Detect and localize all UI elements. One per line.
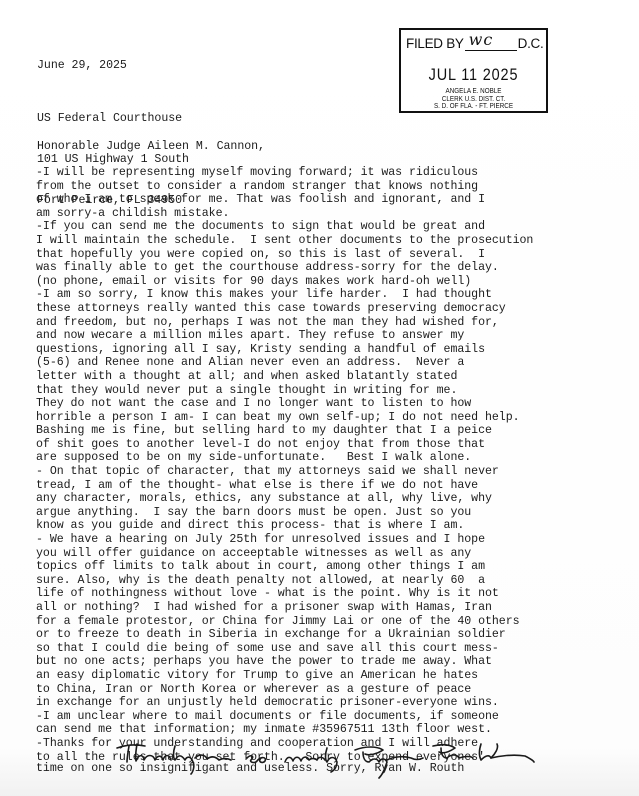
body-line: you will offer guidance on acceeptable w… xyxy=(36,547,533,561)
clerk-info: ANGELA E. NOBLE CLERK U.S. DIST. CT. S. … xyxy=(408,88,539,111)
filed-by-label: FILED BY xyxy=(406,36,464,51)
body-line: and freedom, but no, perhaps I was not t… xyxy=(36,316,533,330)
body-line: argue anything. I say the barn doors mus… xyxy=(36,506,533,520)
body-line: (no phone, email or visits for 90 days m… xyxy=(36,275,533,289)
filed-by-suffix: D.C. xyxy=(518,36,544,51)
body-line: to China, Iran or North Korea or whereve… xyxy=(36,683,533,697)
body-line: or to freeze to death in Siberia in exch… xyxy=(36,628,533,642)
body-line: topics off limits to talk about in court… xyxy=(36,560,533,574)
body-line: life of nothingness without love - what … xyxy=(36,587,533,601)
body-line: these attorneys really wanted this case … xyxy=(36,302,533,316)
body-line: am sorry-a childish mistake. xyxy=(36,207,533,221)
body-line: but no one acts; perhaps you have the po… xyxy=(36,655,533,669)
body-line: so that I could die being of some use an… xyxy=(36,642,533,656)
body-line: letter with a thought at all; and when a… xyxy=(36,370,533,384)
handwritten-signature xyxy=(115,740,535,780)
body-line: I will maintain the schedule. I sent oth… xyxy=(36,234,533,248)
body-line: -I will be representing myself moving fo… xyxy=(36,166,533,180)
body-line: are supposed to be on my side-unfortunat… xyxy=(36,451,533,465)
body-line: horrible a person I am- I can beat my ow… xyxy=(36,411,533,425)
body-line: -If you can send me the documents to sig… xyxy=(36,220,533,234)
clerk-line: ANGELA E. NOBLE xyxy=(408,88,539,96)
body-line: any character, morals, ethics, any subst… xyxy=(36,492,533,506)
body-line: -I am unclear where to mail documents or… xyxy=(36,710,533,724)
body-line: - We have a hearing on July 25th for unr… xyxy=(36,533,533,547)
body-line: that hopefully you were copied on, so th… xyxy=(36,248,533,262)
body-line: of who I am to speak for me. That was fo… xyxy=(36,193,533,207)
body-line: - On that topic of character, that my at… xyxy=(36,465,533,479)
body-line: sure. Also, why is the death penalty not… xyxy=(36,574,533,588)
salutation: Honorable Judge Aileen M. Cannon, xyxy=(37,140,265,154)
body-line: for a female protestor, or China for Jim… xyxy=(36,615,533,629)
body-line: an easy diplomatic vitory for Trump to g… xyxy=(36,669,533,683)
body-line: can send me that information; my inmate … xyxy=(36,723,533,737)
body-line: and now wecare a million miles apart. Th… xyxy=(36,329,533,343)
clerk-line: CLERK U.S. DIST. CT. xyxy=(408,96,539,104)
filed-by-initials: wc xyxy=(469,30,494,49)
body-line: know as you guide and direct this proces… xyxy=(36,519,533,533)
body-line: was finally able to get the courthouse a… xyxy=(36,261,533,275)
letter-date: June 29, 2025 xyxy=(37,59,127,73)
body-line: tread, I am of the thought- what else is… xyxy=(36,479,533,493)
letter-page: June 29, 2025 US Federal Courthouse 101 … xyxy=(0,0,639,796)
clerk-line: S. D. OF FLA. - FT. PIERCE xyxy=(408,103,539,111)
body-line: (5-6) and Renee none and Alian never eve… xyxy=(36,356,533,370)
body-line: all or nothing? I had wished for a priso… xyxy=(36,601,533,615)
body-line: that they would never put a single thoug… xyxy=(36,384,533,398)
address-line: US Federal Courthouse xyxy=(37,112,189,126)
body-line: questions, ignoring all I say, Kristy se… xyxy=(36,343,533,357)
body-line: in exchange for an unjustly held democra… xyxy=(36,696,533,710)
body-line: Bashing me is fine, but selling hard to … xyxy=(36,424,533,438)
body-line: of shit goes to another level-I do not e… xyxy=(36,438,533,452)
filed-by-blank: wc xyxy=(465,36,517,51)
filed-stamp: FILED BY wc D.C. JUL 11 2025 ANGELA E. N… xyxy=(399,28,548,113)
body-line: from the outset to consider a random str… xyxy=(36,180,533,194)
body-line: They do not want the case and I no longe… xyxy=(36,397,533,411)
letter-body: -I will be representing myself moving fo… xyxy=(36,166,533,775)
address-line: 101 US Highway 1 South xyxy=(37,153,189,167)
stamp-date: JUL 11 2025 xyxy=(412,65,535,85)
filed-by-line: FILED BY wc D.C. xyxy=(406,36,543,51)
signature-scribble-icon xyxy=(115,740,535,780)
body-line: -I am so sorry, I know this makes your l… xyxy=(36,288,533,302)
